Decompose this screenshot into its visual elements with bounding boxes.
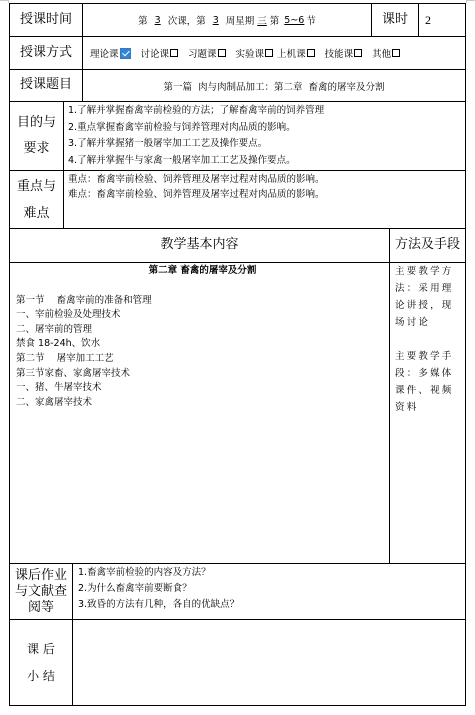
content-body-cell[interactable]: 第二章 畜禽的屠宰及分割 第一节 畜禽宰前的准备和管理 一、宰前检验及处理技术 … [9,262,390,564]
homework-value-cell[interactable]: 1.畜禽宰前检验的内容及方法？ 2.为什么畜禽宰前要断食？ 3.致昏的方法有几种… [72,563,466,620]
content-line: 第二节 屠宰加工工艺 [16,352,389,367]
checkbox-icon[interactable] [170,49,178,57]
homework-item: 3.致昏的方法有几种，各自的优缺点？ [78,597,465,613]
goals-label-line2: 要求 [23,136,49,162]
time-mid3: 第 [270,13,280,27]
time-label-cell: 授课时间 [9,3,83,37]
time-prefix: 第 [138,13,148,27]
content-line: 第一节 畜禽宰前的准备和管理 [16,294,389,309]
week-number: 3 [206,15,226,26]
goal-item: 4.了解并掌握牛与家禽一般屠宰加工工艺及操作要点。 [68,153,465,170]
goals-label-cell: 目的与 要求 [9,101,64,171]
time-suffix: 节 [306,13,316,27]
mode-option-exercise[interactable]: 习题课 [188,46,226,60]
goals-value-cell[interactable]: 1.了解并掌握畜禽宰前检验的方法；了解畜禽宰前的饲养管理 2.重点掌握畜禽宰前检… [63,101,466,171]
goal-item: 3.了解并掌握猪一般屠宰加工工艺及操作要点。 [68,136,465,153]
goal-item: 2.重点掌握畜禽宰前检验与饲养管理对肉品质的影响。 [68,120,465,137]
chapter-title: 第二章 畜禽的屠宰及分割 [16,263,389,279]
content-line: 一、宰前检验及处理技术 [16,308,389,323]
keypoints-label-cell: 重点与 难点 [9,170,64,229]
method-header-cell: 方法及手段 [389,228,466,263]
hours-label-cell: 课时 [371,3,419,37]
summary-label-line1: 课 后 [27,636,55,663]
content-header-cell: 教学基本内容 [9,228,390,263]
keypoints-label-line1: 重点与 [17,173,56,200]
homework-label-line1: 课后作业 [15,568,67,584]
summary-label-cell: 课 后 小 结 [9,619,73,706]
goal-item: 1.了解并掌握畜禽宰前检验的方法；了解畜禽宰前的饲养管理 [68,103,465,120]
homework-item: 1.畜禽宰前检验的内容及方法？ [78,565,465,581]
checkbox-icon[interactable] [307,49,315,57]
time-label: 授课时间 [20,9,72,32]
hours-label: 课时 [382,9,408,32]
content-title: 教学基本内容 [160,234,238,257]
summary-value-cell[interactable] [72,619,466,706]
mode-option-skill[interactable]: 技能课 [325,46,363,60]
method-title: 方法及手段 [395,234,460,257]
content-line: 禁食 18-24h、饮水 [16,337,389,352]
time-value-cell[interactable]: 第 3 次课，第 3 周星期 三 第 5~6 节 [82,3,372,37]
homework-label-line2: 与文献查 [15,584,67,600]
checkbox-icon[interactable] [392,49,400,57]
goals-label-line1: 目的与 [17,110,56,136]
content-line: 第三节家畜、家禽屠宰技术 [16,367,389,382]
teaching-method-text: 主要教学方法：采用理论讲授，现场讨论 [395,263,462,331]
weekday: 三 [254,13,270,27]
topic-value: 第一篇 肉与肉制品加工：第二章 畜禽的屠宰及分割 [163,79,384,93]
mode-option-other[interactable]: 其他 [372,46,400,60]
mode-label: 授课方式 [20,42,72,65]
mode-option-lab[interactable]: 实验课 [236,46,274,60]
mode-option-computer[interactable]: 上机课 [277,46,315,60]
mode-option-discussion[interactable]: 讨论课 [141,46,179,60]
mode-option-theory[interactable]: 理论课 [90,46,131,60]
topic-label: 授课题目 [20,74,72,97]
content-line: 二、家禽屠宰技术 [16,396,389,411]
homework-item: 2.为什么畜禽宰前要断食？ [78,581,465,597]
content-line: 一、猪、牛屠宰技术 [16,381,389,396]
hours-value: 2 [425,13,431,28]
homework-label-line3: 阅等 [28,600,54,616]
lesson-number: 3 [148,15,168,26]
keypoint-item: 难点：畜禽宰前检验、饲养管理及屠宰过程对肉品质的影响。 [68,187,465,202]
homework-label-cell: 课后作业 与文献查 阅等 [9,563,73,620]
mode-label-cell: 授课方式 [9,36,83,70]
keypoints-value-cell[interactable]: 重点：畜禽宰前检验、饲养管理及屠宰过程对肉品质的影响。 难点：畜禽宰前检验、饲养… [63,170,466,229]
content-line: 二、屠宰前的管理 [16,323,389,338]
page-corner-mark [466,0,467,3]
checkbox-icon[interactable] [354,49,362,57]
keypoints-label-line2: 难点 [23,200,49,227]
checkbox-icon[interactable] [218,49,226,57]
time-mid2: 周星期 [226,13,255,27]
topic-value-cell[interactable]: 第一篇 肉与肉制品加工：第二章 畜禽的屠宰及分割 [82,69,466,102]
topic-label-cell: 授课题目 [9,69,83,102]
method-body-cell[interactable]: 主要教学方法：采用理论讲授，现场讨论 主要教学手段：多媒体课件、视频资料 [389,262,466,564]
checkbox-icon[interactable] [265,49,273,57]
summary-label-line2: 小 结 [27,663,55,690]
teaching-means-text: 主要教学手段：多媒体课件、视频资料 [395,348,462,416]
hours-value-cell[interactable]: 2 [418,3,466,37]
checkbox-checked-icon[interactable] [120,48,131,59]
time-mid1: 次课，第 [168,13,206,27]
page-corner-mark [466,0,475,1]
mode-options-cell: 理论课 讨论课 习题课 实验课 上机课 技能课 其他 [82,36,466,70]
period-range: 5~6 [282,15,306,26]
keypoint-item: 重点：畜禽宰前检验、饲养管理及屠宰过程对肉品质的影响。 [68,172,465,187]
